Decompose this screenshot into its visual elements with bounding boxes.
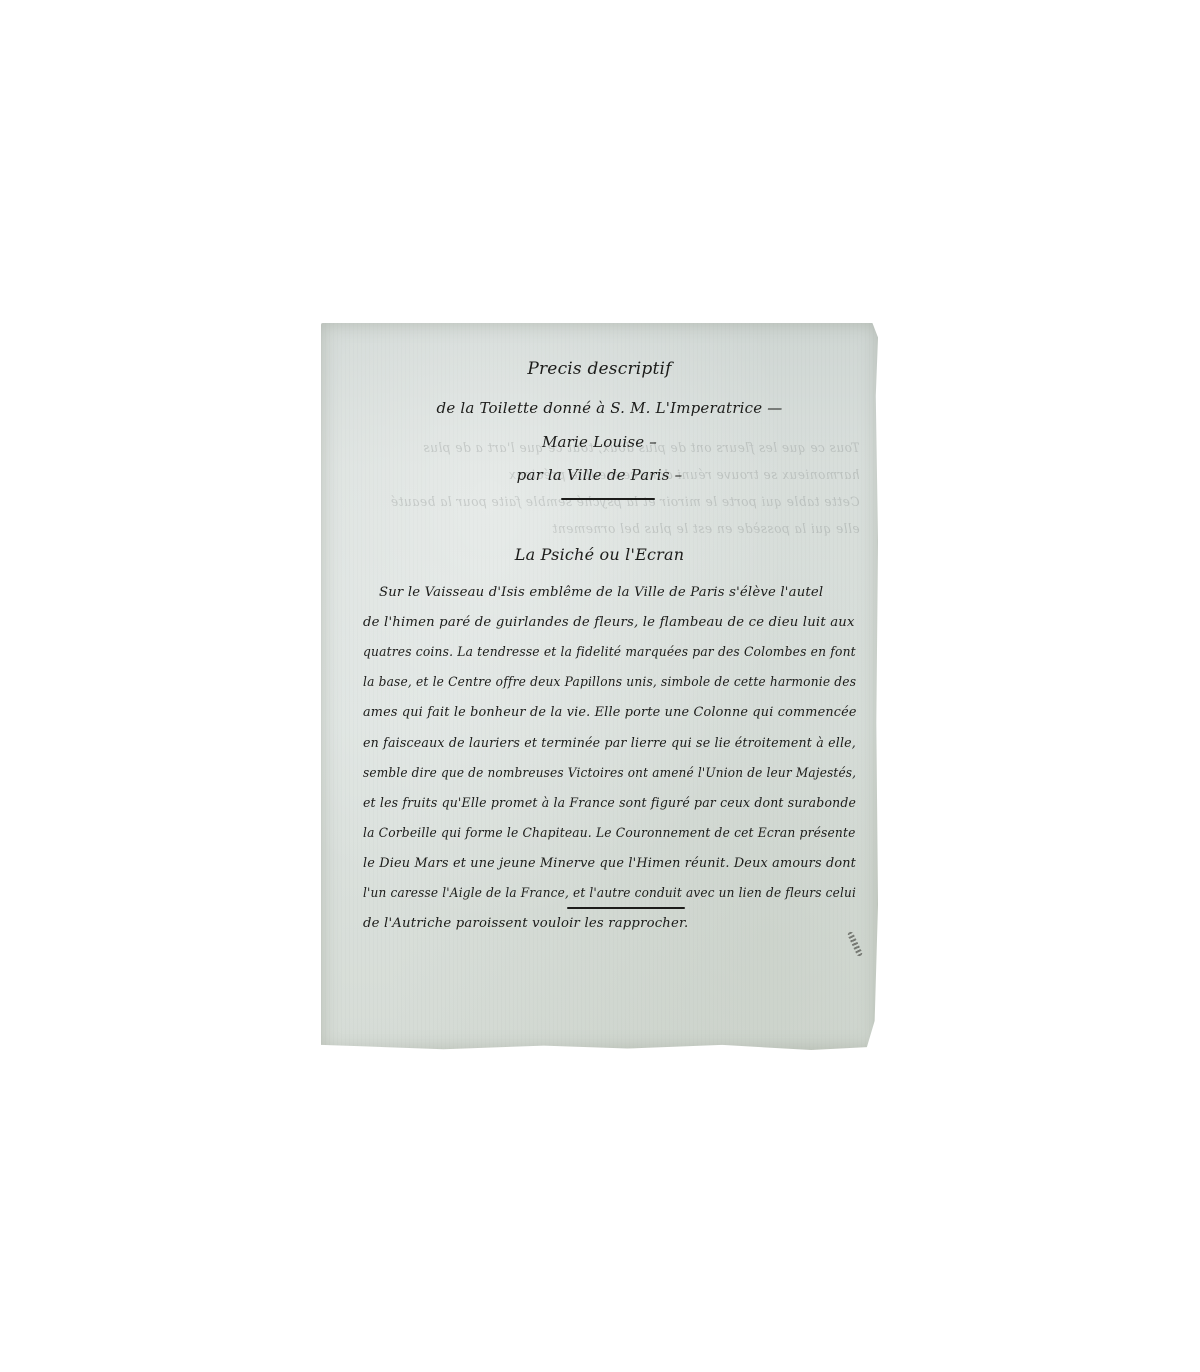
body-line: la Corbeille qui forme le Chapiteau. Le …	[363, 826, 856, 841]
body-line: en faisceaux de lauriers et terminée par…	[363, 736, 856, 751]
section-heading: La Psiché ou l'Ecran	[321, 545, 878, 564]
document-title: Precis descriptif	[321, 359, 878, 379]
document-subtitle-line: par la Ville de Paris –	[321, 466, 878, 484]
title-divider	[561, 498, 655, 500]
body-line: de l'Autriche paroissent vouloir les rap…	[363, 916, 688, 931]
closing-divider	[567, 907, 685, 909]
document-subtitle-line: Marie Louise –	[321, 433, 878, 451]
body-line: Sur le Vaisseau d'Isis emblême de la Vil…	[379, 585, 823, 600]
body-line: la base, et le Centre offre deux Papillo…	[363, 675, 856, 690]
ink-stain	[847, 931, 863, 957]
bleed-through-line: elle qui la possède en est le plus bel o…	[339, 522, 859, 537]
body-line: l'un caresse l'Aigle de la France, et l'…	[363, 886, 856, 901]
body-line: le Dieu Mars et une jeune Minerve que l'…	[363, 856, 856, 871]
body-line: ames qui fait le bonheur de la vie. Elle…	[363, 705, 857, 720]
document-subtitle-line: de la Toilette donné à S. M. L'Imperatri…	[341, 399, 878, 417]
body-line: quatres coins. La tendresse et la fideli…	[363, 645, 856, 660]
body-line: et les fruits qu'Elle promet à la France…	[363, 796, 856, 811]
manuscript-page: Tous ce que les fleurs ont de plus doux,…	[321, 323, 878, 1050]
body-line: de l'himen paré de guirlandes de fleurs,…	[363, 615, 855, 630]
body-line: semble dire que de nombreuses Victoires …	[363, 766, 856, 781]
